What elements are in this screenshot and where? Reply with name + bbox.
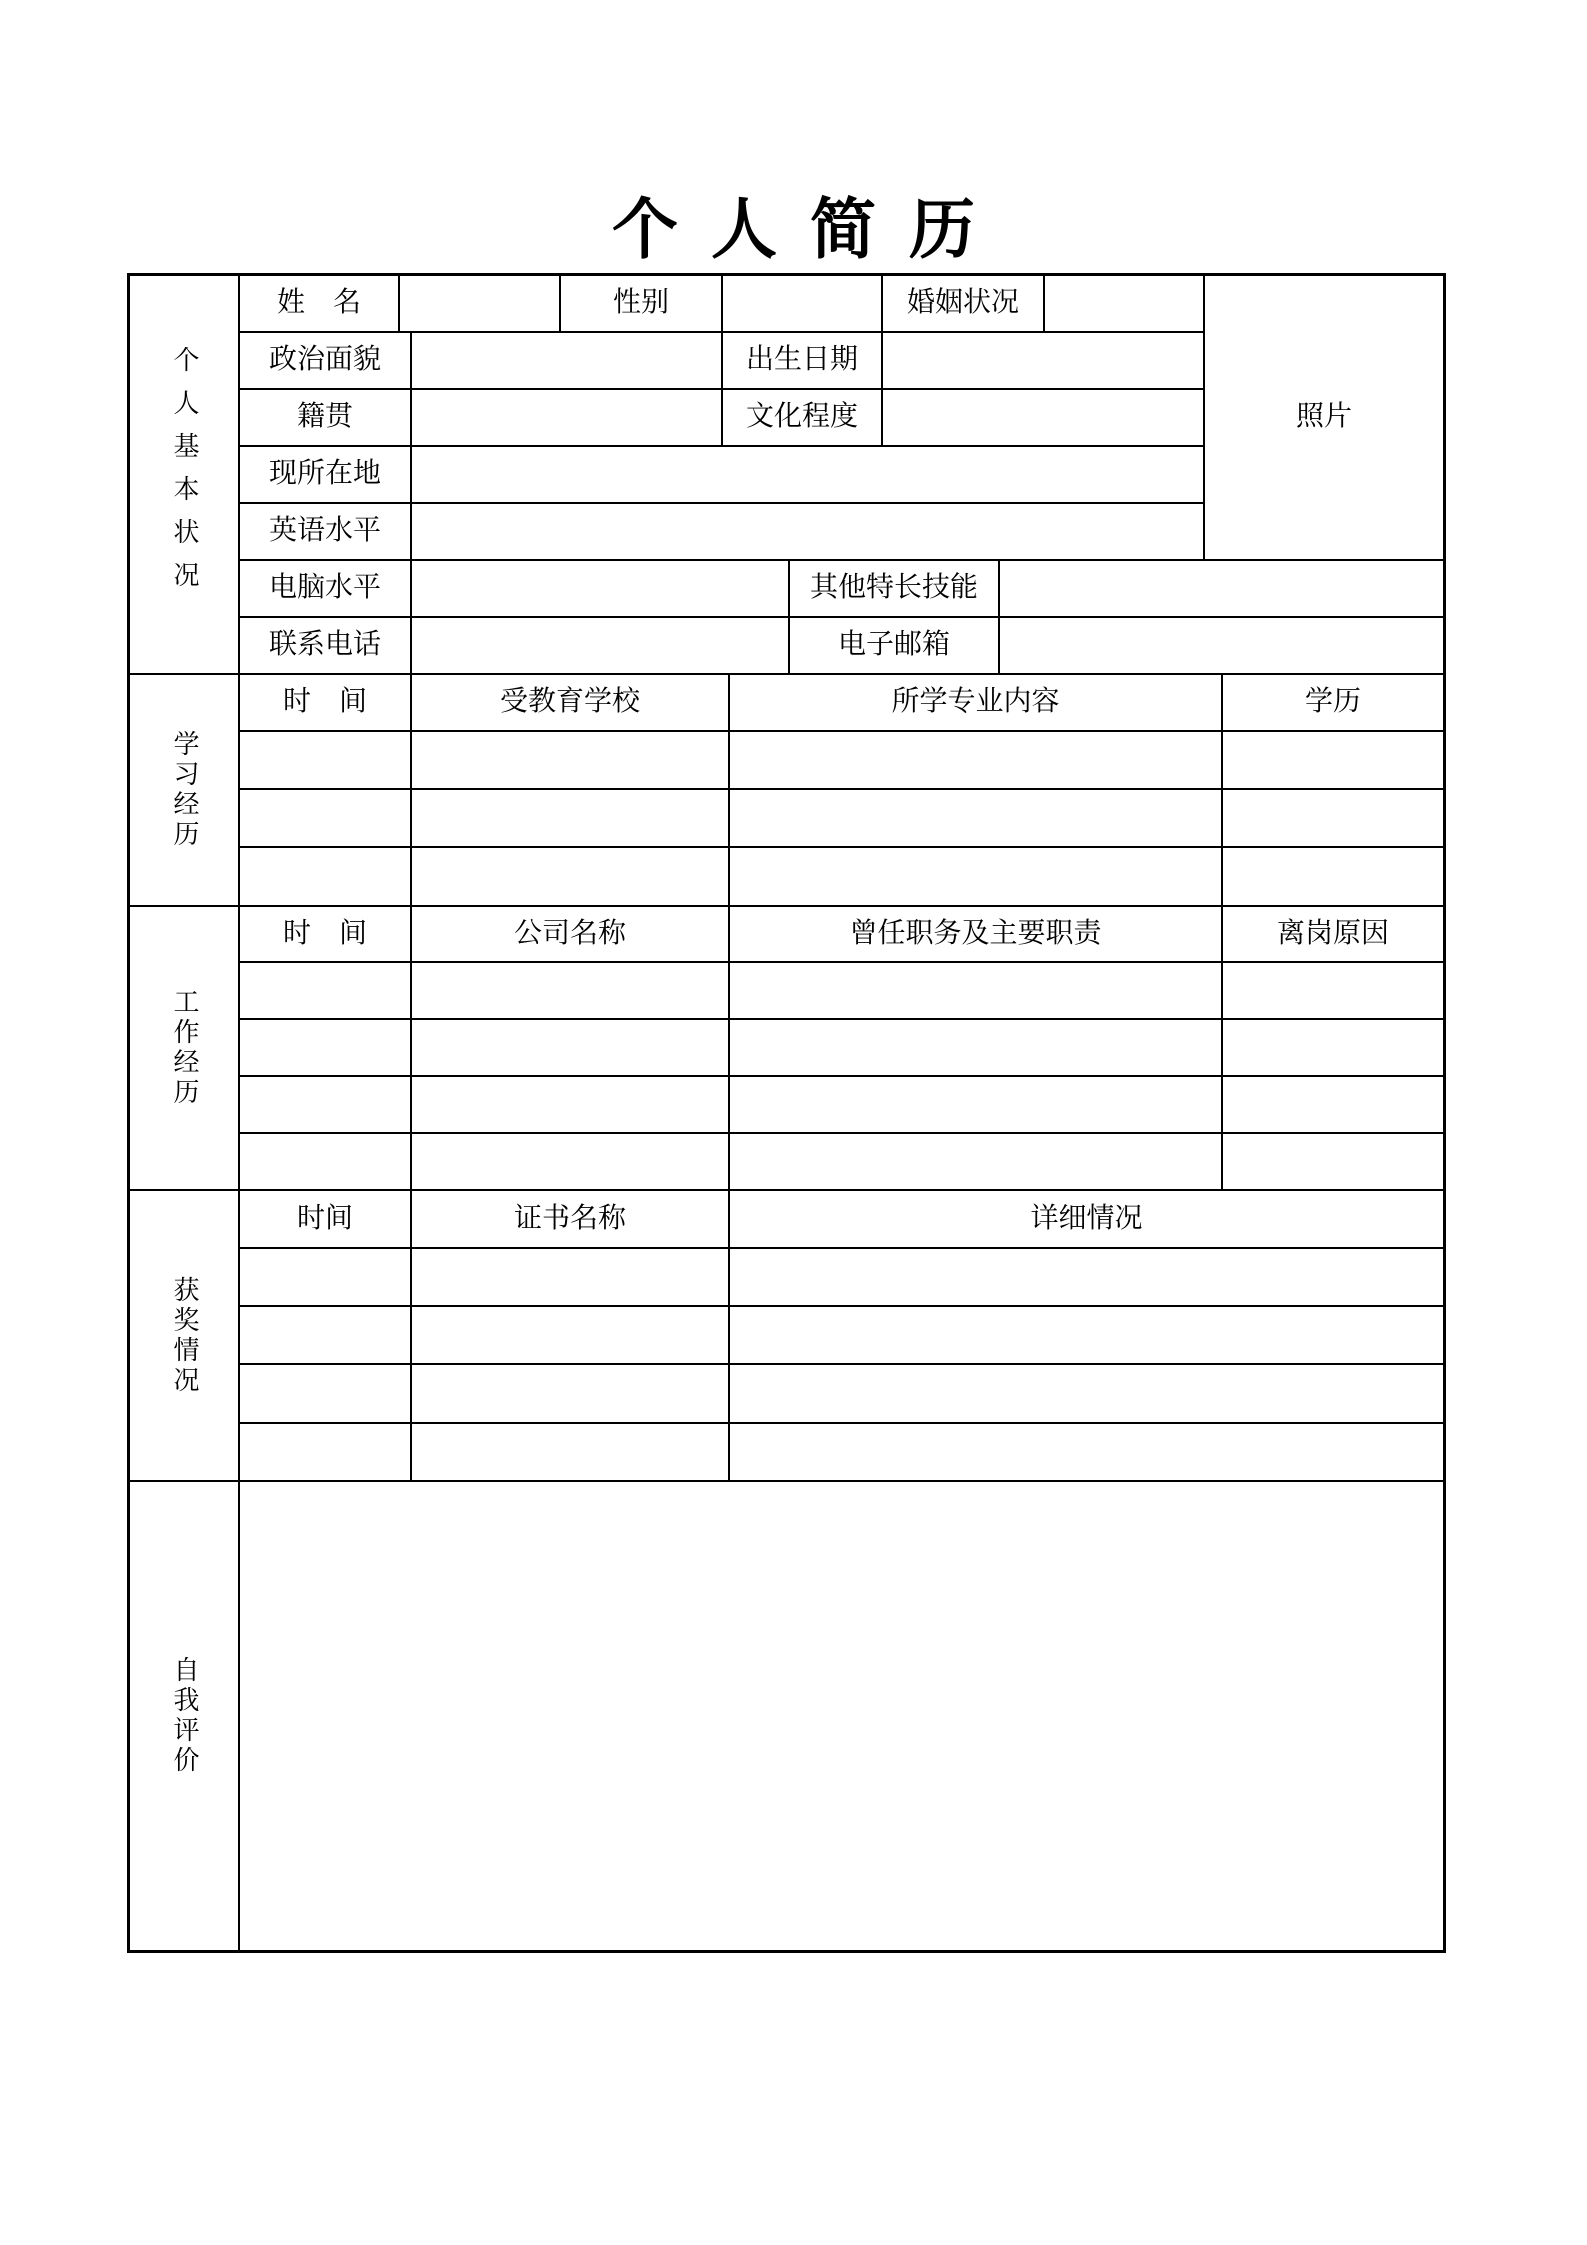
awards-r0-time[interactable] [240,1249,412,1307]
phone-value[interactable] [412,618,790,675]
name-label: 姓 名 [240,276,400,333]
edu-r0-major[interactable] [730,732,1223,790]
photo-placeholder[interactable]: 照片 [1205,276,1443,561]
english-level-value[interactable] [412,504,1205,561]
birth-date-label: 出生日期 [723,333,883,390]
work-header-company: 公司名称 [412,907,730,963]
section-label-personal: 个人基本状况 [130,276,240,675]
phone-label: 联系电话 [240,618,412,675]
edu-r0-school[interactable] [412,732,730,790]
email-label: 电子邮箱 [790,618,1000,675]
gender-value[interactable] [723,276,883,333]
edu-header-school: 受教育学校 [412,675,730,732]
edu-r2-time[interactable] [240,848,412,907]
awards-r0-detail[interactable] [730,1249,1443,1307]
birth-date-value[interactable] [883,333,1205,390]
resume-page: 个人简历 个人基本状况 姓 名 性别 婚姻状况 照片 政治面貌 出生日期 籍贯 … [0,0,1587,2245]
computer-level-value[interactable] [412,561,790,618]
work-r3-duty[interactable] [730,1134,1223,1191]
awards-r2-time[interactable] [240,1365,412,1424]
marital-status-label: 婚姻状况 [883,276,1045,333]
work-r2-company[interactable] [412,1077,730,1134]
awards-header-certificate: 证书名称 [412,1191,730,1249]
awards-r3-time[interactable] [240,1424,412,1482]
work-r2-duty[interactable] [730,1077,1223,1134]
education-level-value[interactable] [883,390,1205,447]
computer-level-label: 电脑水平 [240,561,412,618]
current-location-value[interactable] [412,447,1205,504]
gender-label: 性别 [561,276,723,333]
political-status-value[interactable] [412,333,723,390]
awards-r2-detail[interactable] [730,1365,1443,1424]
native-place-label: 籍贯 [240,390,412,447]
work-r2-time[interactable] [240,1077,412,1134]
education-level-label: 文化程度 [723,390,883,447]
marital-status-value[interactable] [1045,276,1205,333]
edu-r1-major[interactable] [730,790,1223,848]
work-header-duty: 曾任职务及主要职责 [730,907,1223,963]
native-place-value[interactable] [412,390,723,447]
other-skills-label: 其他特长技能 [790,561,1000,618]
work-r3-time[interactable] [240,1134,412,1191]
edu-r1-degree[interactable] [1223,790,1443,848]
section-label-education: 学习经历 [130,675,240,907]
work-r0-company[interactable] [412,963,730,1020]
edu-header-major: 所学专业内容 [730,675,1223,732]
work-r3-leave-reason[interactable] [1223,1134,1443,1191]
resume-table: 个人基本状况 姓 名 性别 婚姻状况 照片 政治面貌 出生日期 籍贯 文化程度 … [127,273,1446,1953]
section-label-work: 工作经历 [130,907,240,1191]
awards-r0-certificate[interactable] [412,1249,730,1307]
edu-r2-major[interactable] [730,848,1223,907]
awards-header-time: 时间 [240,1191,412,1249]
awards-r1-time[interactable] [240,1307,412,1365]
awards-r3-detail[interactable] [730,1424,1443,1482]
edu-r2-school[interactable] [412,848,730,907]
awards-r3-certificate[interactable] [412,1424,730,1482]
edu-r1-time[interactable] [240,790,412,848]
work-r1-leave-reason[interactable] [1223,1020,1443,1077]
awards-header-detail: 详细情况 [730,1191,1443,1249]
english-level-label: 英语水平 [240,504,412,561]
other-skills-value[interactable] [1000,561,1443,618]
work-r1-company[interactable] [412,1020,730,1077]
awards-r1-detail[interactable] [730,1307,1443,1365]
awards-r2-certificate[interactable] [412,1365,730,1424]
work-r2-leave-reason[interactable] [1223,1077,1443,1134]
work-header-time: 时 间 [240,907,412,963]
edu-header-degree: 学历 [1223,675,1443,732]
current-location-label: 现所在地 [240,447,412,504]
section-label-self-evaluation: 自我评价 [130,1482,240,1950]
edu-r2-degree[interactable] [1223,848,1443,907]
self-evaluation-content[interactable] [240,1482,1443,1950]
edu-r0-degree[interactable] [1223,732,1443,790]
work-r3-company[interactable] [412,1134,730,1191]
edu-r0-time[interactable] [240,732,412,790]
work-r0-duty[interactable] [730,963,1223,1020]
name-value[interactable] [400,276,561,333]
work-r0-leave-reason[interactable] [1223,963,1443,1020]
work-r1-time[interactable] [240,1020,412,1077]
section-label-awards: 获奖情况 [130,1191,240,1482]
awards-r1-certificate[interactable] [412,1307,730,1365]
edu-r1-school[interactable] [412,790,730,848]
page-title: 个人简历 [0,196,1587,265]
email-value[interactable] [1000,618,1443,675]
work-r0-time[interactable] [240,963,412,1020]
work-header-leave-reason: 离岗原因 [1223,907,1443,963]
political-status-label: 政治面貌 [240,333,412,390]
work-r1-duty[interactable] [730,1020,1223,1077]
edu-header-time: 时 间 [240,675,412,732]
